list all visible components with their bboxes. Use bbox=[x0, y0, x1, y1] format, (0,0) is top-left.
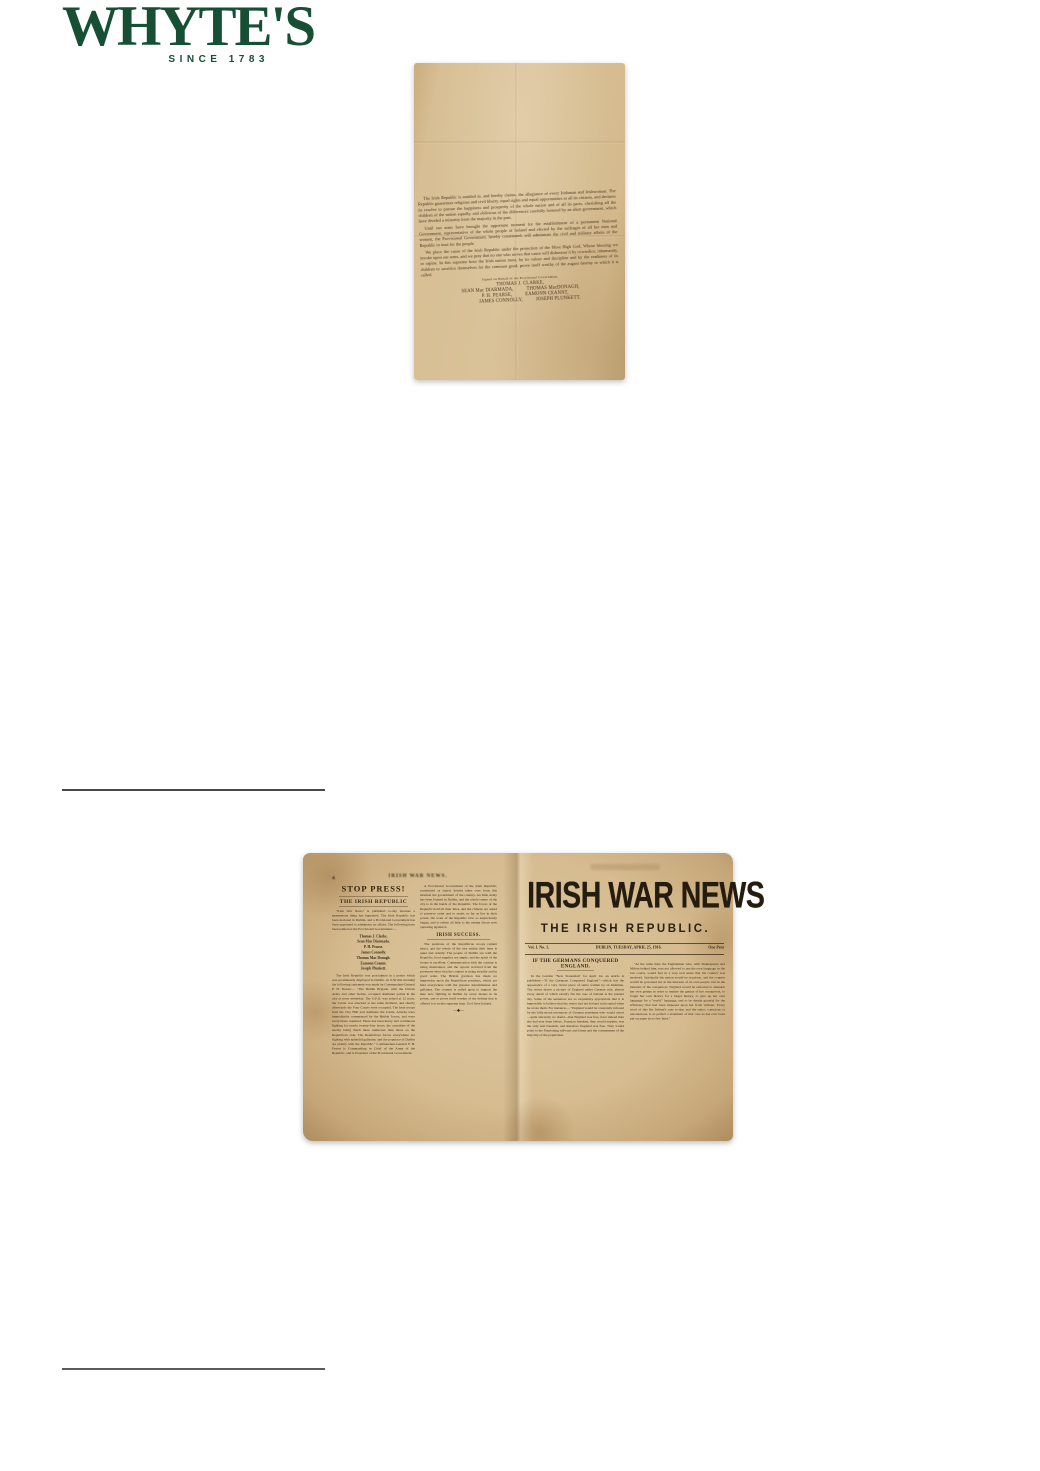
newspaper-left-page: 4 IRISH WAR NEWS. STOP PRESS! THE IRISH … bbox=[303, 853, 518, 1141]
catalogue-page: WHYTE'S SINCE 1783 The Irish Republic is… bbox=[0, 0, 1040, 1471]
signatory-name: JOSEPH PLUNKETT. bbox=[536, 295, 581, 302]
left-page-column-1: STOP PRESS! THE IRISH REPUBLIC "Irish Wa… bbox=[332, 884, 415, 1116]
stop-press-headline: STOP PRESS! bbox=[332, 884, 415, 894]
signatory-name: JAMES CONNOLLY, bbox=[479, 298, 523, 305]
proclamation-text-block: The Irish Republic is entitled to, and h… bbox=[418, 188, 625, 417]
proclamation-document-image[interactable]: The Irish Republic is entitled to, and h… bbox=[414, 63, 625, 380]
irish-war-news-image[interactable]: 4 IRISH WAR NEWS. STOP PRESS! THE IRISH … bbox=[303, 853, 733, 1141]
column-rule bbox=[557, 971, 594, 972]
left-page-column-2: A Provisional Government of the Irish Re… bbox=[420, 884, 497, 1116]
front-page-column-1: IF THE GERMANS CONQUERED ENGLAND. In the… bbox=[527, 958, 624, 1121]
article-paragraph: A Provisional Government of the Irish Re… bbox=[420, 884, 497, 930]
pencil-smudge bbox=[590, 864, 660, 870]
signatory-name: Joseph Plunkett. bbox=[332, 966, 415, 971]
article-paragraph: In the London "New Statesman" for April … bbox=[527, 974, 624, 1038]
publication-date: DUBLIN, TUESDAY, APRIL 25, 1916. bbox=[596, 945, 662, 950]
proclamation-paragraph: We place the cause of the Irish Republic… bbox=[420, 242, 619, 278]
irish-republic-subhead: THE IRISH REPUBLIC bbox=[332, 899, 415, 905]
masthead-title: IRISH WAR NEWS bbox=[527, 876, 724, 917]
volume-number: Vol. I. No. 1. bbox=[528, 945, 549, 950]
whytes-wordmark: WHYTE'S bbox=[62, 1, 270, 53]
article-paragraph: The Irish Republic was proclaimed in a p… bbox=[332, 974, 415, 1056]
lot-divider-rule bbox=[62, 789, 325, 791]
page-number: 4 bbox=[332, 875, 335, 881]
price: One Penny bbox=[708, 945, 724, 950]
provisional-government-names: Thomas J. Clarke. Sean Mac Diarmada. P. … bbox=[332, 934, 415, 972]
irish-success-subhead: IRISH SUCCESS. bbox=[420, 933, 497, 938]
column-rule bbox=[339, 907, 408, 908]
article-paragraph: "At the same time the Englishman who, wi… bbox=[630, 962, 725, 1021]
running-head: IRISH WAR NEWS. bbox=[343, 873, 493, 879]
article-paragraph: "Irish War News" is published to-day bec… bbox=[332, 909, 415, 932]
end-ornament: —◆— bbox=[420, 1008, 497, 1013]
article-headline: IF THE GERMANS CONQUERED ENGLAND. bbox=[530, 958, 621, 969]
paper-crease bbox=[414, 141, 625, 144]
masthead-subtitle: THE IRISH REPUBLIC. bbox=[518, 923, 733, 935]
column-rule bbox=[339, 896, 408, 897]
column-rule bbox=[427, 940, 490, 941]
dateline-bar: Vol. I. No. 1. DUBLIN, TUESDAY, APRIL 25… bbox=[525, 943, 724, 955]
article-paragraph: The positions of the Republican troops r… bbox=[420, 942, 497, 1006]
newspaper-front-page: IRISH WAR NEWS THE IRISH REPUBLIC. Vol. … bbox=[518, 853, 733, 1141]
whytes-logo[interactable]: WHYTE'S SINCE 1783 bbox=[62, 1, 270, 65]
front-page-column-2: "At the same time the Englishman who, wi… bbox=[630, 962, 725, 1121]
lot-divider-rule bbox=[62, 1368, 325, 1370]
